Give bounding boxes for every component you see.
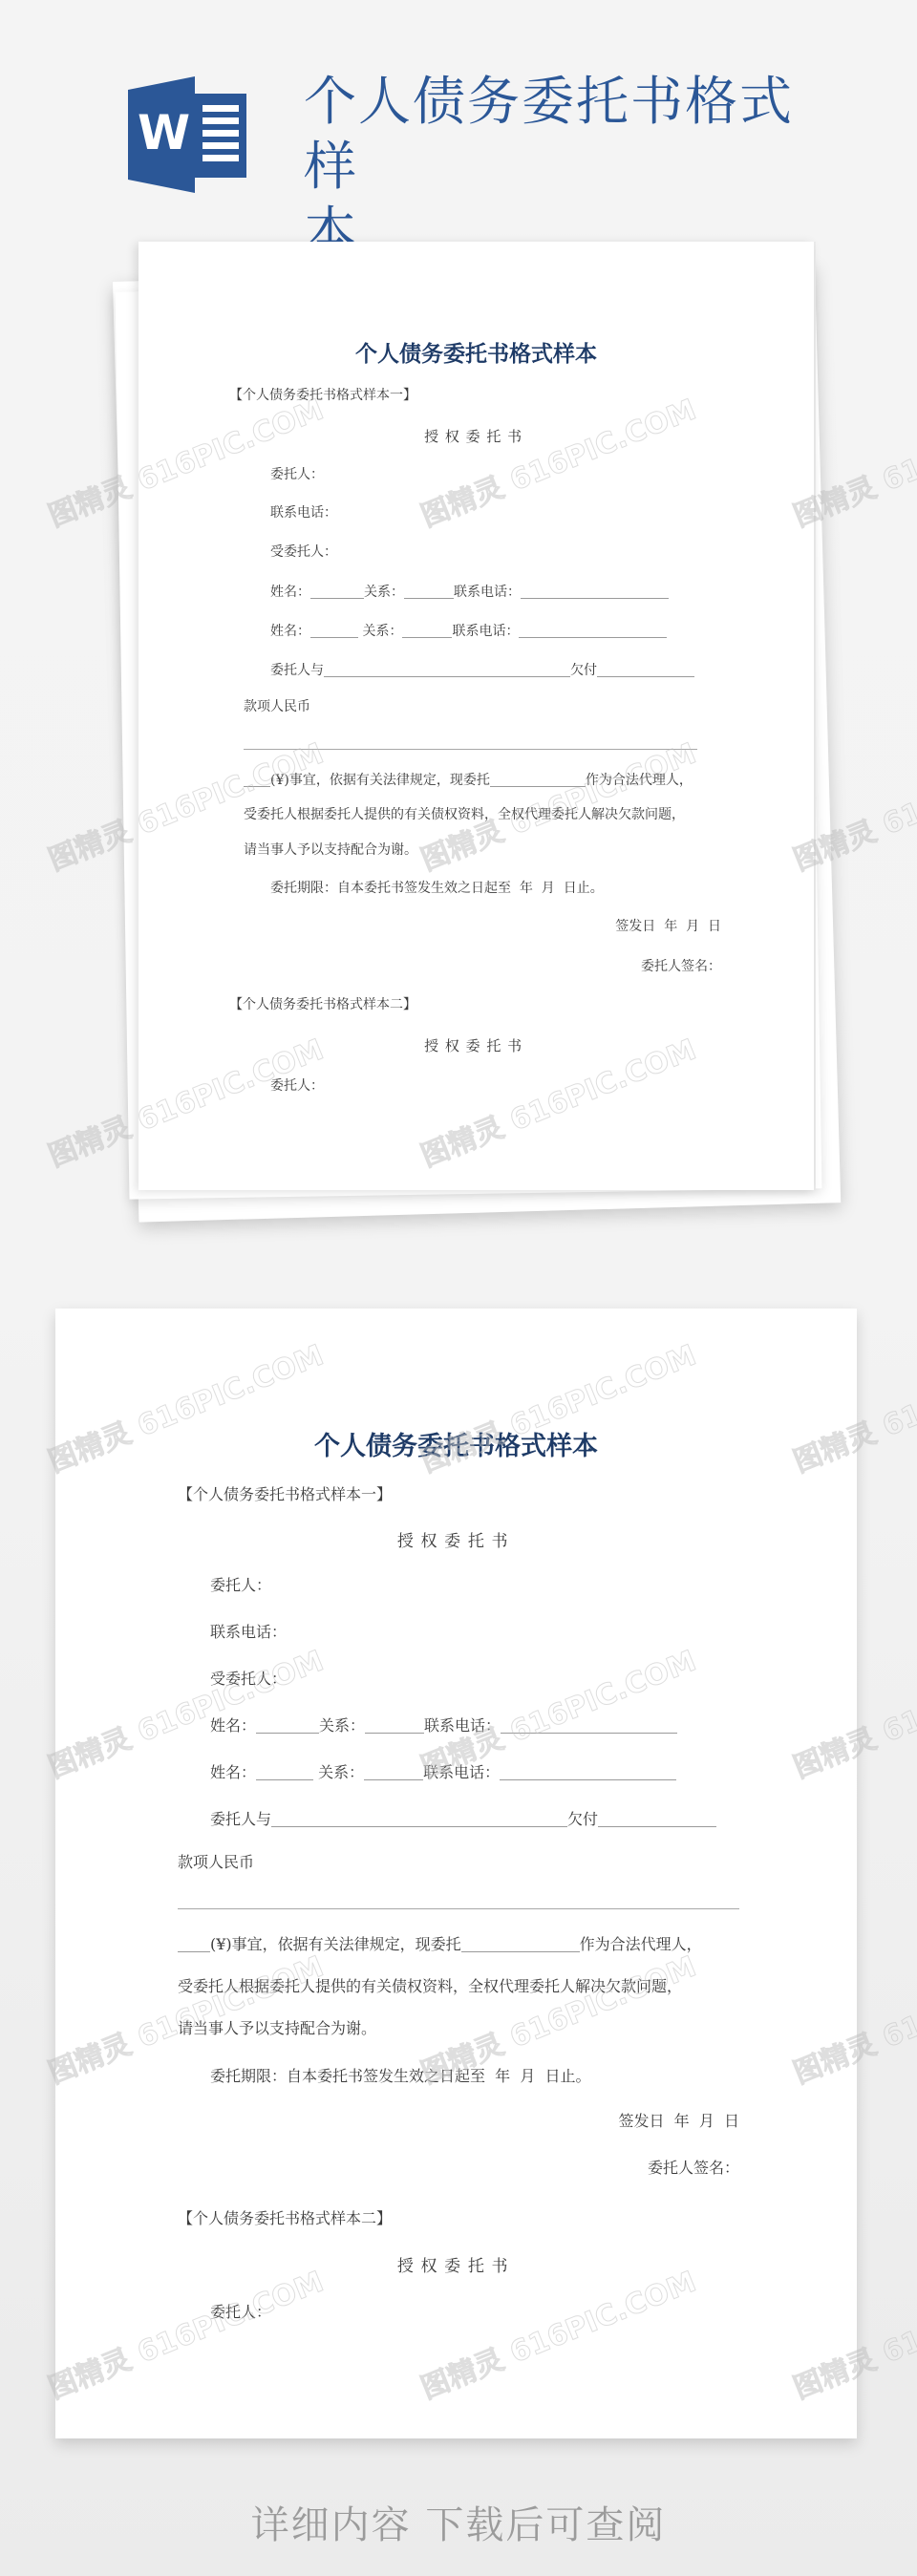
contact-phone-blank	[500, 1764, 676, 1780]
amount-blank-line	[178, 1908, 739, 1909]
agent-blank	[490, 773, 586, 787]
contact-phone-label: 联系电话：	[454, 585, 521, 600]
creditor-blank	[271, 1811, 567, 1827]
name-blank	[310, 624, 358, 638]
relation-blank	[402, 624, 452, 638]
document-title: 个人债务委托书格式样本	[139, 336, 814, 368]
agent-row-1: 姓名：关系：联系电话：	[210, 1714, 677, 1735]
letter-heading-2: 授权委托书	[139, 1035, 814, 1055]
sample1-heading: 【个人债务委托书格式样本一】	[178, 1482, 392, 1504]
issue-date: 签发日 年 月 日	[615, 916, 721, 935]
relation-label: 关系：	[318, 1763, 364, 1781]
principal-label-2: 委托人：	[270, 1075, 324, 1095]
signature: 委托人签名：	[641, 956, 721, 975]
relation-label: 关系：	[319, 1716, 365, 1735]
sample2-heading: 【个人债务委托书格式样本二】	[229, 994, 416, 1013]
para3: 请当事人予以支持配合为谢。	[244, 840, 417, 859]
agent-blank	[461, 1936, 580, 1952]
sample1-heading: 【个人债务委托书格式样本一】	[229, 385, 416, 404]
agent-row-2: 姓名： 关系：联系电话：	[270, 621, 667, 640]
document-preview-thumbnail: 个人债务委托书格式样本 【个人债务委托书格式样本一】 授权委托书 委托人： 联系…	[139, 242, 814, 1190]
para1-b: 作为合法代理人，	[586, 773, 693, 788]
debt-row: 委托人与欠付	[210, 1807, 716, 1829]
name-blank	[256, 1717, 319, 1734]
debt-owes: 欠付	[567, 1810, 598, 1828]
para1-b: 作为合法代理人，	[580, 1935, 702, 1953]
sample2-heading: 【个人债务委托书格式样本二】	[178, 2206, 392, 2228]
relation-label: 关系：	[364, 585, 404, 600]
letter-heading: 授权委托书	[55, 1527, 857, 1551]
name-label: 姓名：	[210, 1716, 256, 1735]
debt-prefix: 委托人与	[210, 1810, 271, 1828]
agent-row-2: 姓名： 关系：联系电话：	[210, 1760, 676, 1782]
word-icon-letter: W	[138, 105, 190, 160]
phone-label: 联系电话：	[210, 1620, 287, 1642]
para2: 受委托人根据委托人提供的有关债权资料，全权代理委托人解决欠款问题，	[244, 804, 685, 823]
contact-phone-blank	[501, 1717, 677, 1734]
principal-label: 委托人：	[270, 464, 324, 483]
name-blank	[310, 585, 364, 599]
relation-blank	[365, 1717, 424, 1734]
para1: (¥)事宜，依据有关法律规定，现委托作为合法代理人，	[244, 770, 693, 789]
amount-blank	[244, 773, 270, 787]
letter-heading: 授权委托书	[139, 426, 814, 446]
word-document-icon: W	[126, 76, 248, 193]
debtor-blank	[598, 1811, 716, 1827]
page-title: 个人债务委托书格式样 本	[304, 69, 800, 264]
debt-owes: 欠付	[570, 663, 597, 678]
debt-prefix: 委托人与	[270, 663, 324, 678]
issue-date: 签发日 年 月 日	[618, 2109, 739, 2131]
contact-phone-blank	[519, 624, 667, 638]
term: 委托期限：自本委托书签发生效之日起至 年 月 日止。	[270, 878, 604, 897]
letter-heading-2: 授权委托书	[55, 2252, 857, 2276]
para1-a: (¥)事宜，依据有关法律规定，现委托	[270, 773, 490, 788]
name-blank	[256, 1764, 313, 1780]
contact-phone-blank	[521, 585, 669, 599]
debtor-blank	[597, 663, 694, 677]
agent-label: 受委托人：	[270, 542, 337, 561]
para1-a: (¥)事宜，依据有关法律规定，现委托	[210, 1935, 461, 1953]
debt-row: 委托人与欠付	[270, 660, 694, 679]
amount-blank	[178, 1936, 210, 1952]
term: 委托期限：自本委托书签发生效之日起至 年 月 日止。	[210, 2064, 591, 2086]
contact-phone-label: 联系电话：	[452, 624, 519, 639]
document-title: 个人债务委托书格式样本	[55, 1425, 857, 1462]
phone-label: 联系电话：	[270, 502, 337, 522]
name-label: 姓名：	[270, 624, 310, 639]
para1: (¥)事宜，依据有关法律规定，现委托作为合法代理人，	[178, 1932, 702, 1954]
relation-blank	[404, 585, 454, 599]
creditor-blank	[324, 663, 570, 677]
name-label: 姓名：	[210, 1763, 256, 1781]
page-title-line1: 个人债务委托书格式样	[304, 69, 800, 199]
contact-phone-label: 联系电话：	[423, 1763, 500, 1781]
para2: 受委托人根据委托人提供的有关债权资料，全权代理委托人解决欠款问题，	[178, 1974, 682, 1996]
download-prompt: 详细内容 下载后可查阅	[0, 2495, 917, 2549]
signature: 委托人签名：	[648, 2156, 739, 2178]
amount-label: 款项人民币	[244, 696, 310, 715]
agent-row-1: 姓名：关系：联系电话：	[270, 582, 669, 601]
relation-blank	[364, 1764, 423, 1780]
amount-blank-line	[244, 749, 697, 750]
relation-label: 关系：	[362, 624, 402, 639]
name-label: 姓名：	[270, 585, 310, 600]
agent-label: 受委托人：	[210, 1667, 287, 1689]
principal-label-2: 委托人：	[210, 2300, 271, 2322]
document-page-preview: 个人债务委托书格式样本 【个人债务委托书格式样本一】 授权委托书 委托人： 联系…	[55, 1309, 857, 2438]
principal-label: 委托人：	[210, 1573, 271, 1595]
para3: 请当事人予以支持配合为谢。	[178, 2016, 376, 2038]
amount-label: 款项人民币	[178, 1850, 254, 1872]
contact-phone-label: 联系电话：	[424, 1716, 501, 1735]
